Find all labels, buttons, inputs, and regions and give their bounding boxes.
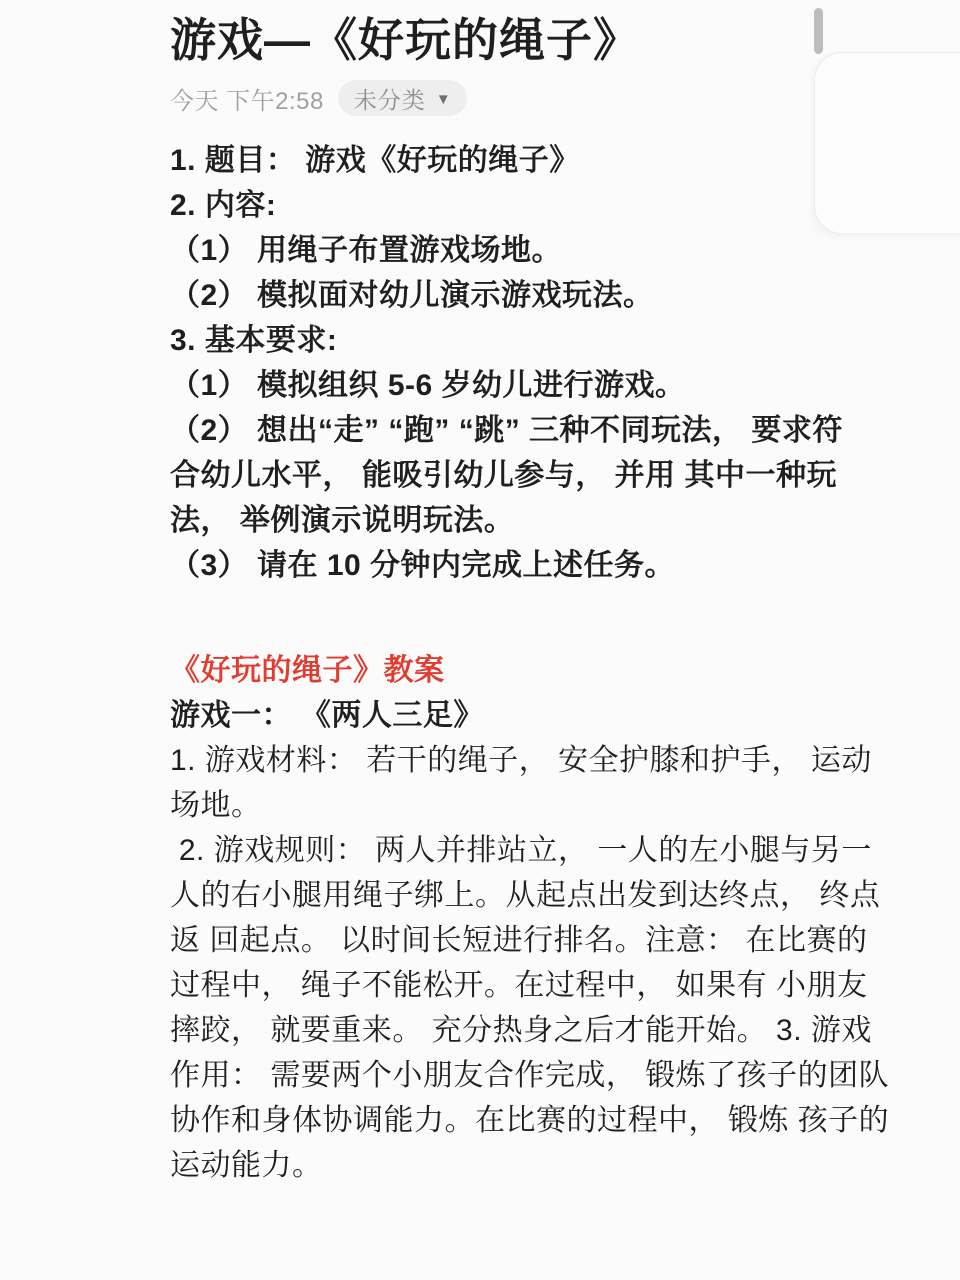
task-line: （2） 模拟面对幼儿演示游戏玩法。 <box>170 273 820 318</box>
lesson-section: 《好玩的绳子》教案 游戏一： 《两人三足》 1. 游戏材料： 若干的绳子， 安全… <box>170 648 820 1188</box>
task-line: 1. 题目： 游戏《好玩的绳子》 <box>170 138 820 183</box>
task-line: （1） 模拟组织 5-6 岁幼儿进行游戏。 <box>170 363 820 408</box>
note-timestamp: 今天 下午2:58 <box>170 81 324 116</box>
task-line: （3） 请在 10 分钟内完成上述任务。 <box>170 543 820 588</box>
lesson-subheading: 游戏一： 《两人三足》 <box>170 693 820 738</box>
lesson-line: 过程中， 绳子不能松开。在过程中， 如果有 小朋友 <box>170 963 820 1008</box>
lesson-line: 协作和身体协调能力。在比赛的过程中， 锻炼 孩子的 <box>170 1098 820 1143</box>
note-title: 游戏—《好玩的绳子》 <box>170 12 820 68</box>
lesson-line: 返 回起点。 以时间长短进行排名。注意： 在比赛的 <box>170 918 820 963</box>
chevron-down-icon: ▼ <box>436 90 451 107</box>
task-line: 2. 内容: <box>170 183 820 228</box>
task-line: 3. 基本要求: <box>170 318 820 363</box>
section-gap <box>170 588 820 648</box>
lesson-line: 2. 游戏规则： 两人并排站立， 一人的左小腿与另一 <box>170 828 820 873</box>
task-line: （1） 用绳子布置游戏场地。 <box>170 228 820 273</box>
category-label: 未分类 <box>354 82 426 115</box>
lesson-line: 摔跤， 就要重来。 充分热身之后才能开始。 3. 游戏 <box>170 1008 820 1053</box>
task-section: 1. 题目： 游戏《好玩的绳子》 2. 内容: （1） 用绳子布置游戏场地。 （… <box>170 138 820 588</box>
task-line: 法， 举例演示说明玩法。 <box>170 498 820 543</box>
task-line: 合幼儿水平， 能吸引幼儿参与， 并用 其中一种玩 <box>170 453 820 498</box>
lesson-line: 作用： 需要两个小朋友合作完成， 锻炼了孩子的团队 <box>170 1053 820 1098</box>
note-content: 游戏—《好玩的绳子》 今天 下午2:58 未分类 ▼ 1. 题目： 游戏《好玩的… <box>0 0 960 1188</box>
scrollbar-thumb[interactable] <box>814 8 823 54</box>
lesson-line: 人的右小腿用绳子绑上。从起点出发到达终点， 终点 <box>170 873 820 918</box>
category-dropdown-button[interactable]: 未分类 ▼ <box>338 80 467 116</box>
note-meta-row: 今天 下午2:58 未分类 ▼ <box>170 80 820 116</box>
lesson-line: 运动能力。 <box>170 1143 820 1188</box>
lesson-heading: 《好玩的绳子》教案 <box>170 648 820 693</box>
task-line: （2） 想出“走” “跑” “跳” 三种不同玩法， 要求符 <box>170 408 820 453</box>
lesson-line: 1. 游戏材料： 若干的绳子， 安全护膝和护手， 运动 <box>170 738 820 783</box>
lesson-line: 场地。 <box>170 783 820 828</box>
